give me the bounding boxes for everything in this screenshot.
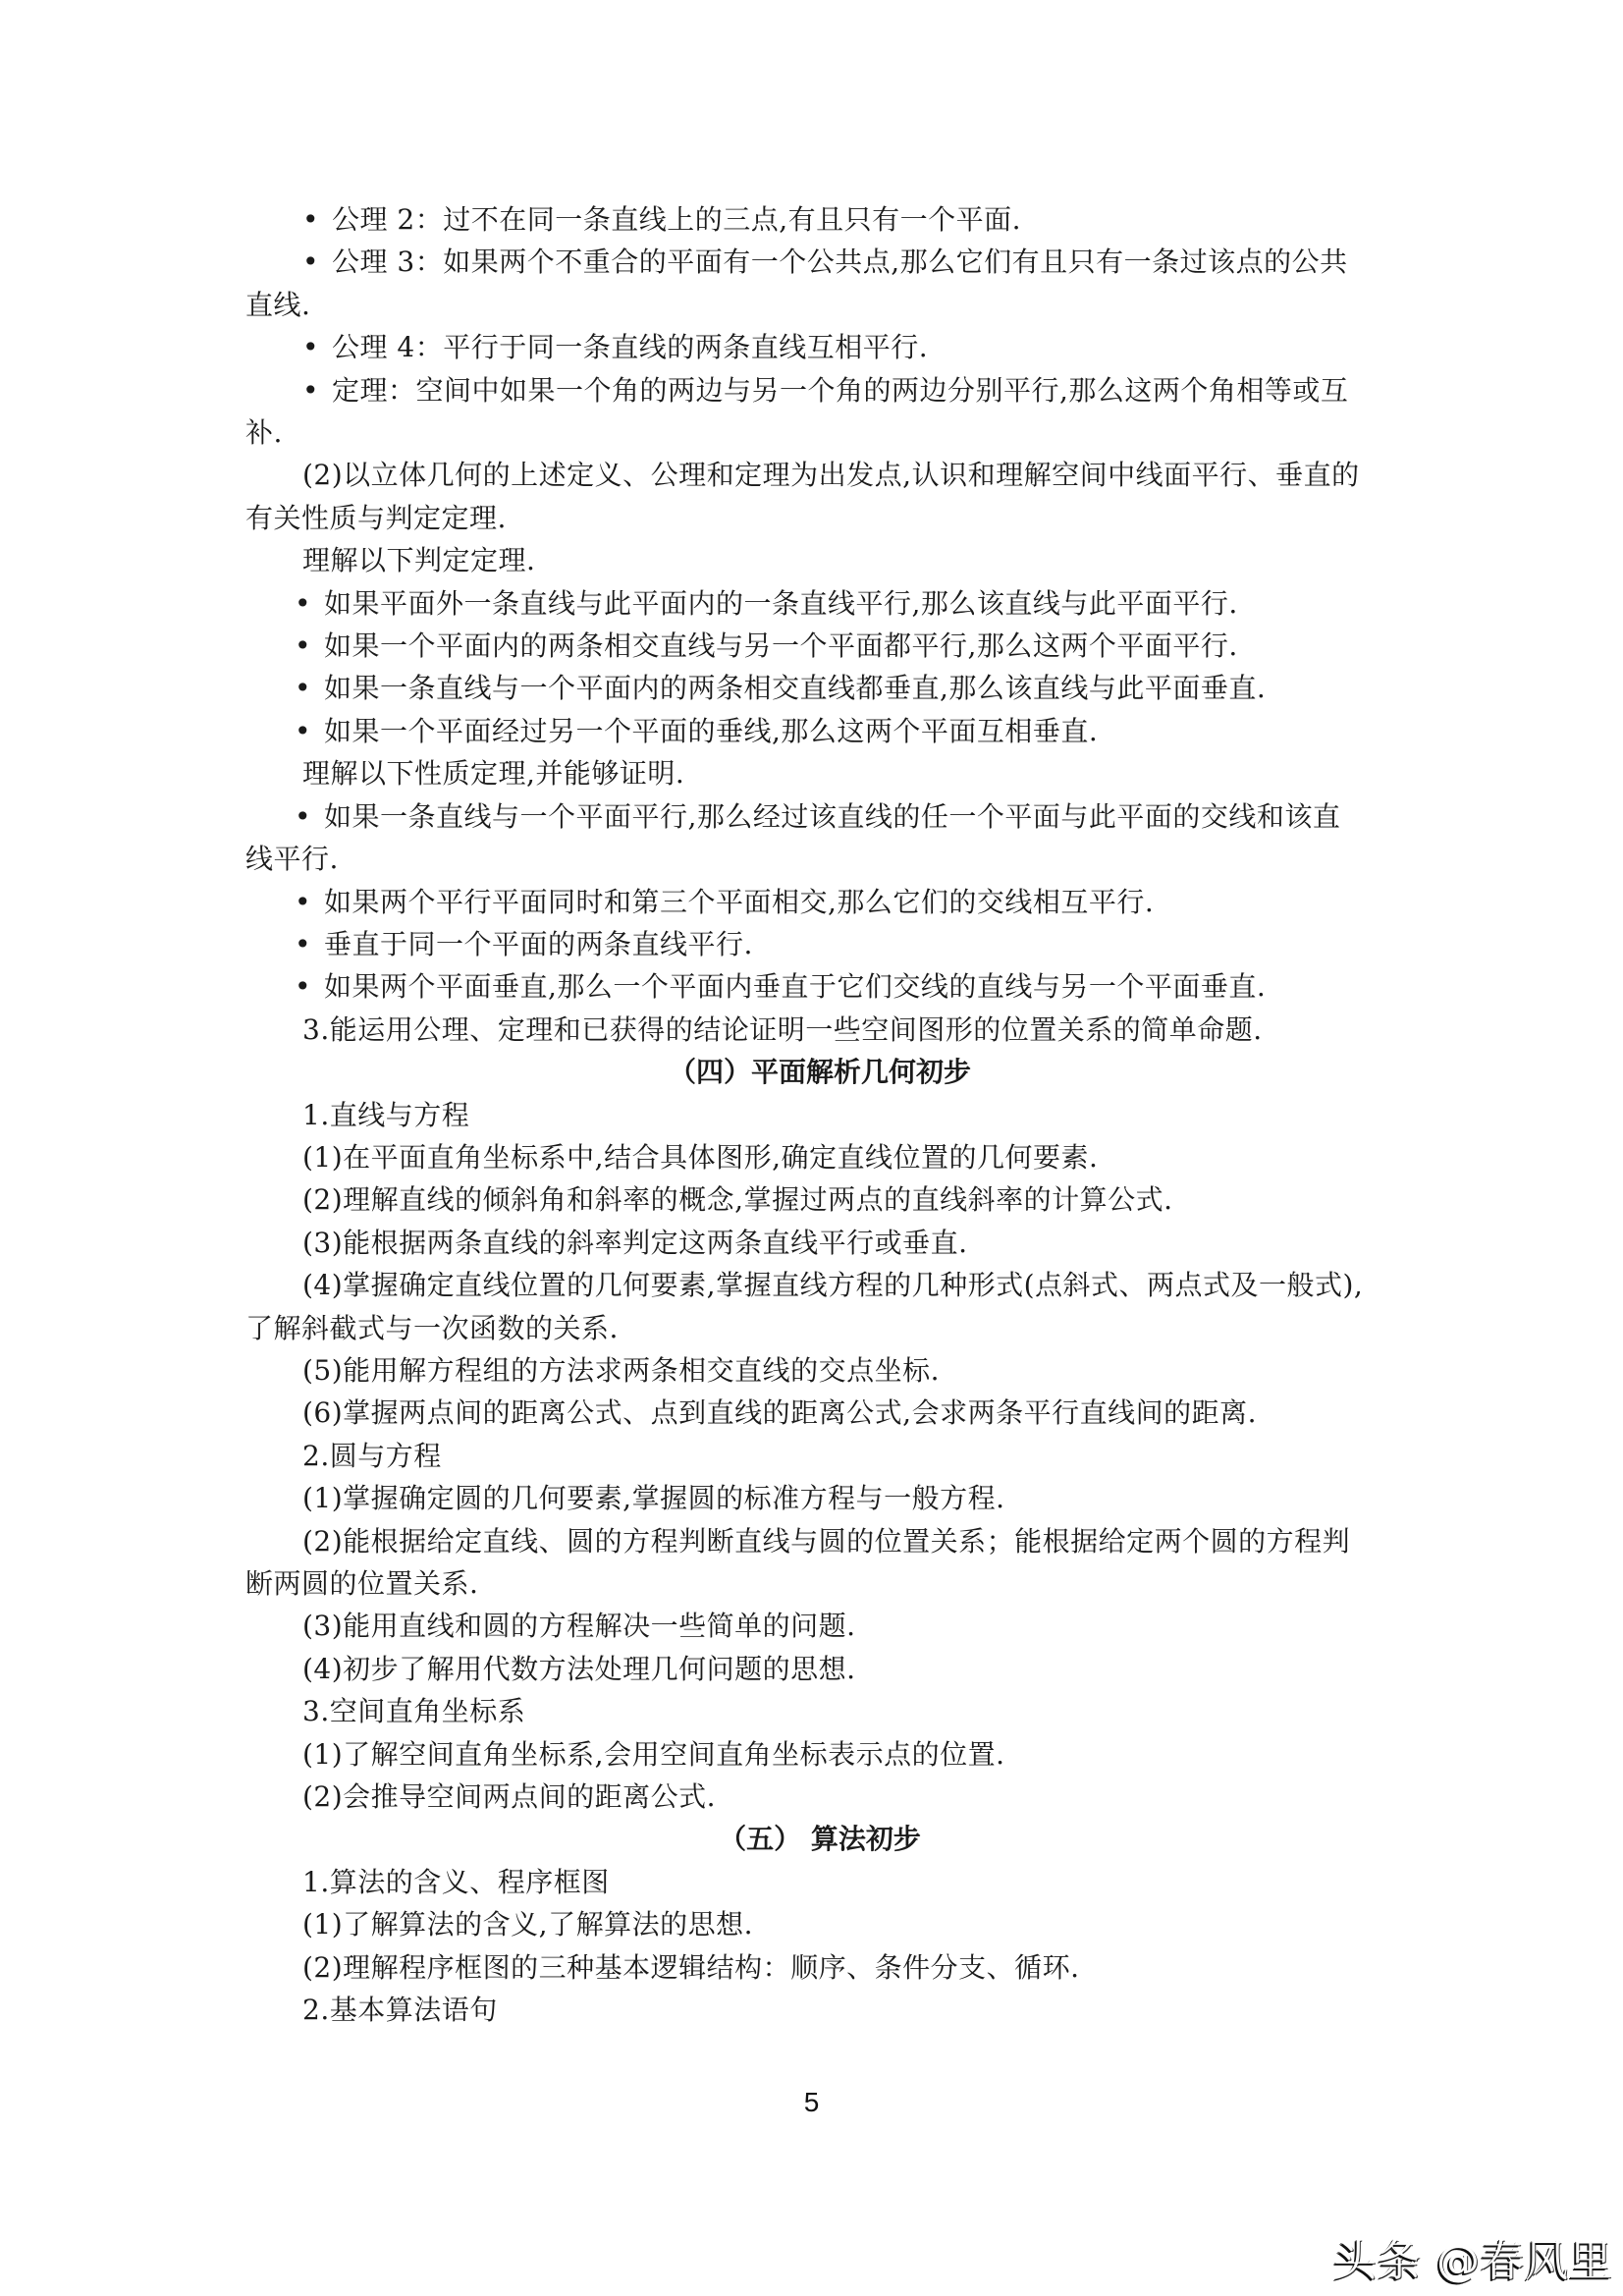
paragraph-line: (4)初步了解用代数方法处理几何问题的思想. (245, 1648, 1394, 1690)
paragraph-line: 理解以下性质定理,并能够证明. (245, 752, 1394, 794)
section-heading: （四）平面解析几何初步 (245, 1051, 1394, 1093)
bullet-icon: • (295, 965, 324, 1008)
watermark: 头条 @春风里 (1333, 2225, 1613, 2288)
paragraph-line: 3.能运用公理、定理和已获得的结论证明一些空间图形的位置关系的简单命题. (245, 1009, 1394, 1051)
paragraph-line: 3.空间直角坐标系 (245, 1690, 1394, 1732)
bullet-item: •定理：空间中如果一个角的两边与另一个角的两边分别平行,那么这两个角相等或互 (245, 369, 1394, 411)
bullet-text: 如果两个平面垂直,那么一个平面内垂直于它们交线的直线与另一个平面垂直. (324, 970, 1266, 1003)
bullet-icon: • (302, 369, 332, 411)
paragraph-line: 理解以下判定定理. (245, 539, 1394, 581)
bullet-icon: • (295, 795, 324, 838)
bullet-icon: • (295, 881, 324, 923)
bullet-text: 如果一条直线与一个平面平行,那么经过该直线的任一个平面与此平面的交线和该直 (324, 800, 1340, 833)
bullet-text: 如果一个平面内的两条相交直线与另一个平面都平行,那么这两个平面平行. (324, 629, 1238, 662)
paragraph-line: (6)掌握两点间的距离公式、点到直线的距离公式,会求两条平行直线间的距离. (245, 1392, 1394, 1434)
paragraph-line: (3)能根据两条直线的斜率判定这两条直线平行或垂直. (245, 1222, 1394, 1264)
paragraph-line: 1.直线与方程 (245, 1094, 1394, 1136)
document-body: •公理 2：过不在同一条直线上的三点,有且只有一个平面.•公理 3：如果两个不重… (245, 198, 1394, 2031)
bullet-item: •如果一个平面内的两条相交直线与另一个平面都平行,那么这两个平面平行. (245, 625, 1394, 667)
bullet-icon: • (302, 241, 332, 283)
paragraph-line: 1.算法的含义、程序框图 (245, 1861, 1394, 1903)
paragraph-line: (5)能用解方程组的方法求两条相交直线的交点坐标. (245, 1349, 1394, 1392)
bullet-item: •公理 3：如果两个不重合的平面有一个公共点,那么它们有且只有一条过该点的公共 (245, 241, 1394, 283)
bullet-item: •如果一个平面经过另一个平面的垂线,那么这两个平面互相垂直. (245, 710, 1394, 752)
bullet-text: 定理：空间中如果一个角的两边与另一个角的两边分别平行,那么这两个角相等或互 (332, 374, 1348, 407)
bullet-icon: • (302, 326, 332, 368)
bullet-item: •如果两个平面垂直,那么一个平面内垂直于它们交线的直线与另一个平面垂直. (245, 965, 1394, 1008)
paragraph-line: (4)掌握确定直线位置的几何要素,掌握直线方程的几种形式(点斜式、两点式及一般式… (245, 1264, 1394, 1306)
document-page: •公理 2：过不在同一条直线上的三点,有且只有一个平面.•公理 3：如果两个不重… (0, 0, 1623, 2296)
bullet-text: 垂直于同一个平面的两条直线平行. (324, 928, 753, 960)
bullet-text: 如果一个平面经过另一个平面的垂线,那么这两个平面互相垂直. (324, 715, 1098, 747)
bullet-icon: • (295, 625, 324, 667)
paragraph-line: (2)以立体几何的上述定义、公理和定理为出发点,认识和理解空间中线面平行、垂直的 (245, 454, 1394, 496)
bullet-text: 公理 3：如果两个不重合的平面有一个公共点,那么它们有且只有一条过该点的公共 (332, 246, 1348, 278)
bullet-icon: • (295, 710, 324, 752)
paragraph-line: (2)理解程序框图的三种基本逻辑结构：顺序、条件分支、循环. (245, 1946, 1394, 1989)
bullet-icon: • (302, 198, 332, 241)
paragraph-line: 2.圆与方程 (245, 1435, 1394, 1477)
continuation-line: 线平行. (245, 838, 1394, 880)
section-heading: （五） 算法初步 (245, 1818, 1394, 1860)
bullet-item: •公理 2：过不在同一条直线上的三点,有且只有一个平面. (245, 198, 1394, 241)
paragraph-line: (2)理解直线的倾斜角和斜率的概念,掌握过两点的直线斜率的计算公式. (245, 1178, 1394, 1221)
bullet-text: 公理 4：平行于同一条直线的两条直线互相平行. (332, 331, 928, 363)
paragraph-line: (1)了解空间直角坐标系,会用空间直角坐标表示点的位置. (245, 1733, 1394, 1776)
continuation-line: 了解斜截式与一次函数的关系. (245, 1307, 1394, 1349)
bullet-item: •如果平面外一条直线与此平面内的一条直线平行,那么该直线与此平面平行. (245, 582, 1394, 625)
paragraph-line: (2)会推导空间两点间的距离公式. (245, 1776, 1394, 1818)
bullet-text: 如果平面外一条直线与此平面内的一条直线平行,那么该直线与此平面平行. (324, 587, 1238, 620)
bullet-text: 如果一条直线与一个平面内的两条相交直线都垂直,那么该直线与此平面垂直. (324, 672, 1266, 704)
bullet-icon: • (295, 667, 324, 709)
continuation-line: 有关性质与判定定理. (245, 497, 1394, 539)
paragraph-line: 2.基本算法语句 (245, 1989, 1394, 2031)
bullet-icon: • (295, 582, 324, 625)
paragraph-line: (1)掌握确定圆的几何要素,掌握圆的标准方程与一般方程. (245, 1477, 1394, 1519)
bullet-icon: • (295, 923, 324, 965)
bullet-item: •如果一条直线与一个平面平行,那么经过该直线的任一个平面与此平面的交线和该直 (245, 795, 1394, 838)
paragraph-line: (2)能根据给定直线、圆的方程判断直线与圆的位置关系；能根据给定两个圆的方程判 (245, 1520, 1394, 1562)
bullet-text: 公理 2：过不在同一条直线上的三点,有且只有一个平面. (332, 203, 1021, 236)
page-number: 5 (0, 2087, 1623, 2118)
continuation-line: 补. (245, 411, 1394, 454)
continuation-line: 断两圆的位置关系. (245, 1562, 1394, 1605)
bullet-text: 如果两个平行平面同时和第三个平面相交,那么它们的交线相互平行. (324, 886, 1154, 918)
bullet-item: •如果一条直线与一个平面内的两条相交直线都垂直,那么该直线与此平面垂直. (245, 667, 1394, 709)
bullet-item: •公理 4：平行于同一条直线的两条直线互相平行. (245, 326, 1394, 368)
continuation-line: 直线. (245, 284, 1394, 326)
paragraph-line: (1)了解算法的含义,了解算法的思想. (245, 1903, 1394, 1945)
bullet-item: •如果两个平行平面同时和第三个平面相交,那么它们的交线相互平行. (245, 881, 1394, 923)
bullet-item: •垂直于同一个平面的两条直线平行. (245, 923, 1394, 965)
paragraph-line: (3)能用直线和圆的方程解决一些简单的问题. (245, 1605, 1394, 1647)
paragraph-line: (1)在平面直角坐标系中,结合具体图形,确定直线位置的几何要素. (245, 1136, 1394, 1178)
